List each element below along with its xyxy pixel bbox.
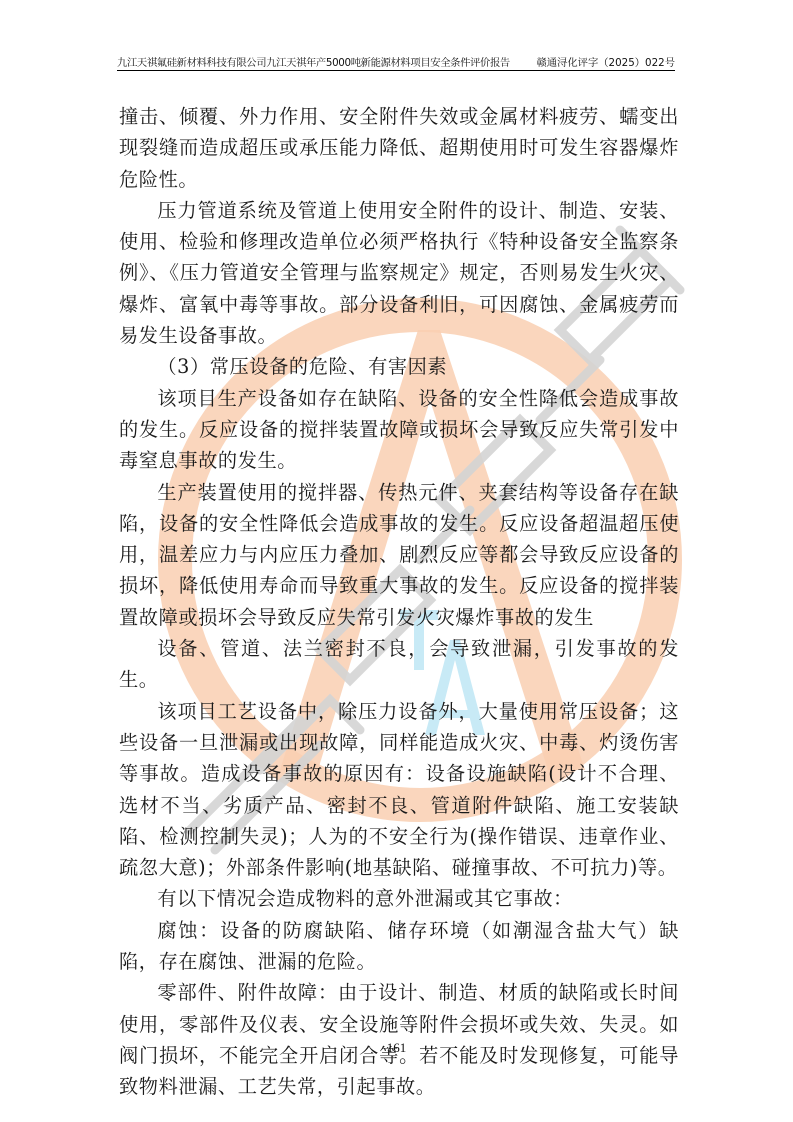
paragraph: 撞击、倾覆、外力作用、安全附件失效或金属材料疲劳、蠕变出现裂缝而造成超压或承压能…: [119, 101, 679, 195]
document-page: 九江天祺氟硅新材料科技有限公司九江天祺年产5000吨新能源材料项目安全条件评价报…: [0, 0, 793, 1122]
page-header: 九江天祺氟硅新材料科技有限公司九江天祺年产5000吨新能源材料项目安全条件评价报…: [117, 54, 675, 71]
header-report-title: 九江天祺氟硅新材料科技有限公司九江天祺年产5000吨新能源材料项目安全条件评价报…: [117, 56, 510, 70]
paragraph: 生产装置使用的搅拌器、传热元件、夹套结构等设备存在缺陷，设备的安全性降低会造成事…: [119, 477, 679, 633]
document-body: 撞击、倾覆、外力作用、安全附件失效或金属材料疲劳、蠕变出现裂缝而造成超压或承压能…: [119, 101, 679, 1103]
header-report-number: 赣通浔化评字（2025）022号: [536, 56, 675, 70]
paragraph: 该项目生产设备如存在缺陷、设备的安全性降低会造成事故的发生。反应设备的搅拌装置故…: [119, 383, 679, 477]
paragraph: 零部件、附件故障：由于设计、制造、材质的缺陷或长时间使用，零部件及仪表、安全设施…: [119, 977, 679, 1102]
paragraph: 压力管道系统及管道上使用安全附件的设计、制造、安装、使用、检验和修理改造单位必须…: [119, 195, 679, 351]
paragraph: 该项目工艺设备中，除压力设备外，大量使用常压设备；这些设备一旦泄漏或出现故障，同…: [119, 696, 679, 884]
paragraph: 设备、管道、法兰密封不良，会导致泄漏，引发事故的发生。: [119, 633, 679, 696]
section-heading: （3）常压设备的危险、有害因素: [119, 351, 679, 382]
paragraph: 腐蚀：设备的防腐缺陷、储存环境（如潮湿含盐大气）缺陷，存在腐蚀、泄漏的危险。: [119, 915, 679, 978]
paragraph: 有以下情况会造成物料的意外泄漏或其它事故：: [119, 883, 679, 914]
